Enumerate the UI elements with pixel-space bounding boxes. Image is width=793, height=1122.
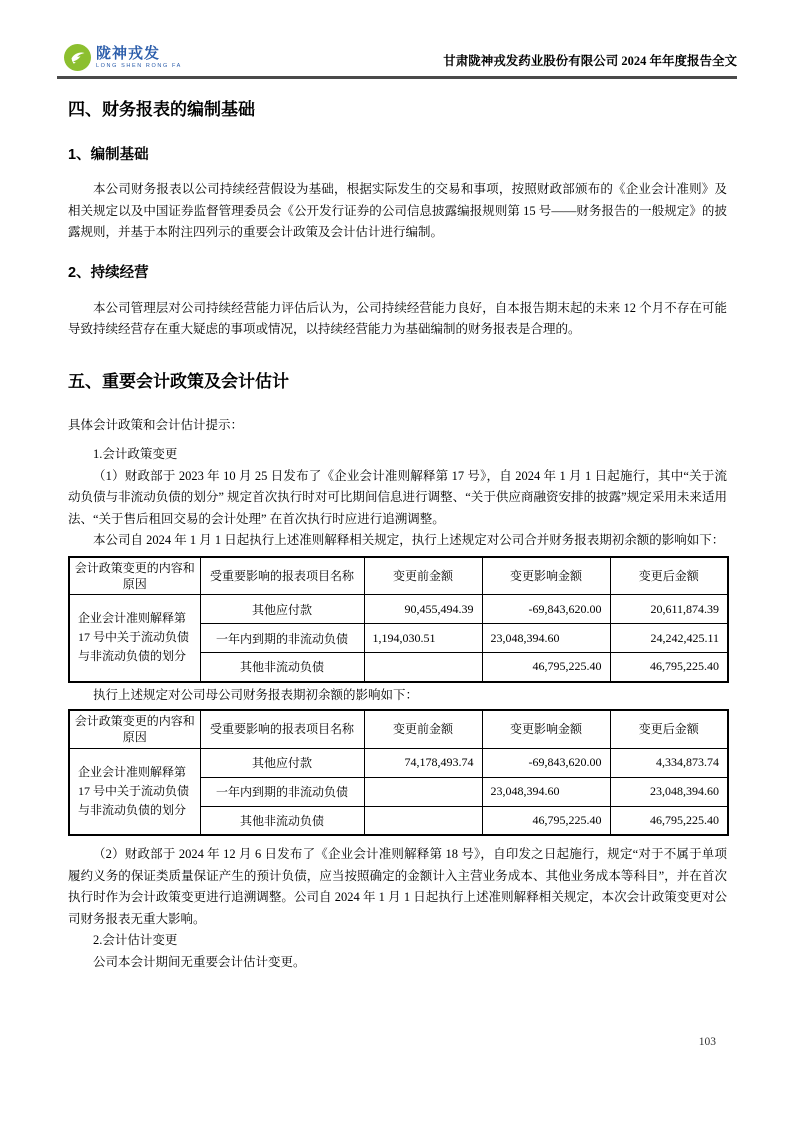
paragraph-policy-item1: （1）财政部于 2023 年 10 月 25 日发布了《企业会计准则解释第 17…: [68, 466, 727, 531]
cell-item: 其他应付款: [200, 748, 364, 777]
table-row: 企业会计准则解释第 17 号中关于流动负债与非流动负债的划分 其他应付款 74,…: [69, 748, 728, 777]
paragraph-estimate-change: 公司本会计期间无重要会计估计变更。: [68, 952, 727, 974]
cell-before-amount: 90,455,494.39: [364, 595, 482, 624]
cell-impact-amount: 46,795,225.40: [482, 806, 610, 835]
cell-before-amount: [364, 806, 482, 835]
table-consolidated-impact: 会计政策变更的内容和原因 受重要影响的报表项目名称 变更前金额 变更影响金额 变…: [68, 556, 729, 683]
cell-item: 其他应付款: [200, 595, 364, 624]
cell-impact-amount: -69,843,620.00: [482, 595, 610, 624]
col-header-before: 变更前金额: [364, 557, 482, 595]
paragraph-intro-consolidated: 本公司自 2024 年 1 月 1 日起执行上述准则解释相关规定，执行上述规定对…: [68, 530, 727, 552]
cell-impact-amount: 46,795,225.40: [482, 653, 610, 682]
table-parent-impact: 会计政策变更的内容和原因 受重要影响的报表项目名称 变更前金额 变更影响金额 变…: [68, 709, 729, 836]
paragraph-policy-hint: 具体会计政策和会计估计提示：: [68, 415, 727, 437]
cell-before-amount: 1,194,030.51: [364, 624, 482, 653]
cell-impact-amount: -69,843,620.00: [482, 748, 610, 777]
logo-text: 陇神戎发 LONG SHEN RONG FA: [96, 46, 182, 70]
subsection-title-going-concern: 2、持续经营: [68, 264, 727, 283]
table-header-row: 会计政策变更的内容和原因 受重要影响的报表项目名称 变更前金额 变更影响金额 变…: [69, 557, 728, 595]
cell-after-amount: 24,242,425.11: [610, 624, 728, 653]
col-header-item: 受重要影响的报表项目名称: [200, 557, 364, 595]
page-content: 四、财务报表的编制基础 1、编制基础 本公司财务报表以公司持续经营假设为基础，根…: [68, 99, 727, 973]
page-number: 103: [699, 1036, 716, 1048]
page-header: 陇神戎发 LONG SHEN RONG FA 甘肃陇神戎发药业股份有限公司 20…: [57, 44, 737, 79]
label-estimate-change: 2.会计估计变更: [68, 930, 727, 952]
logo-en-name: LONG SHEN RONG FA: [96, 64, 182, 70]
section-heading-basis-of-preparation: 四、财务报表的编制基础: [68, 99, 727, 121]
cell-impact-amount: 23,048,394.60: [482, 777, 610, 806]
cell-item: 一年内到期的非流动负债: [200, 624, 364, 653]
cell-after-amount: 23,048,394.60: [610, 777, 728, 806]
col-header-before: 变更前金额: [364, 710, 482, 748]
cell-change-reason: 企业会计准则解释第 17 号中关于流动负债与非流动负债的划分: [69, 595, 200, 682]
paragraph-preparation-basis: 本公司财务报表以公司持续经营假设为基础，根据实际发生的交易和事项，按照财政部颁布…: [68, 179, 727, 244]
col-header-after: 变更后金额: [610, 710, 728, 748]
company-logo: 陇神戎发 LONG SHEN RONG FA: [64, 44, 182, 71]
logo-cn-name: 陇神戎发: [96, 46, 182, 61]
document-title: 甘肃陇神戎发药业股份有限公司 2024 年年度报告全文: [443, 51, 737, 71]
section-heading-accounting-policies: 五、重要会计政策及会计估计: [68, 371, 727, 393]
logo-icon: [64, 44, 91, 71]
table-header-row: 会计政策变更的内容和原因 受重要影响的报表项目名称 变更前金额 变更影响金额 变…: [69, 710, 728, 748]
col-header-item: 受重要影响的报表项目名称: [200, 710, 364, 748]
cell-after-amount: 20,611,874.39: [610, 595, 728, 624]
col-header-impact: 变更影响金额: [482, 710, 610, 748]
cell-item: 其他非流动负债: [200, 806, 364, 835]
cell-impact-amount: 23,048,394.60: [482, 624, 610, 653]
cell-after-amount: 4,334,873.74: [610, 748, 728, 777]
col-header-reason: 会计政策变更的内容和原因: [69, 557, 200, 595]
paragraph-policy-item2: （2）财政部于 2024 年 12 月 6 日发布了《企业会计准则解释第 18 …: [68, 844, 727, 930]
col-header-reason: 会计政策变更的内容和原因: [69, 710, 200, 748]
paragraph-intro-parent: 执行上述规定对公司母公司财务报表期初余额的影响如下：: [68, 685, 727, 707]
col-header-impact: 变更影响金额: [482, 557, 610, 595]
cell-before-amount: 74,178,493.74: [364, 748, 482, 777]
col-header-after: 变更后金额: [610, 557, 728, 595]
cell-change-reason: 企业会计准则解释第 17 号中关于流动负债与非流动负债的划分: [69, 748, 200, 835]
cell-item: 一年内到期的非流动负债: [200, 777, 364, 806]
cell-before-amount: [364, 653, 482, 682]
cell-after-amount: 46,795,225.40: [610, 806, 728, 835]
subsection-title-preparation-basis: 1、编制基础: [68, 146, 727, 165]
cell-after-amount: 46,795,225.40: [610, 653, 728, 682]
cell-item: 其他非流动负债: [200, 653, 364, 682]
label-policy-change: 1.会计政策变更: [68, 444, 727, 466]
paragraph-going-concern: 本公司管理层对公司持续经营能力评估后认为，公司持续经营能力良好，自本报告期末起的…: [68, 298, 727, 341]
report-page: 陇神戎发 LONG SHEN RONG FA 甘肃陇神戎发药业股份有限公司 20…: [0, 0, 793, 1122]
table-row: 企业会计准则解释第 17 号中关于流动负债与非流动负债的划分 其他应付款 90,…: [69, 595, 728, 624]
cell-before-amount: [364, 777, 482, 806]
